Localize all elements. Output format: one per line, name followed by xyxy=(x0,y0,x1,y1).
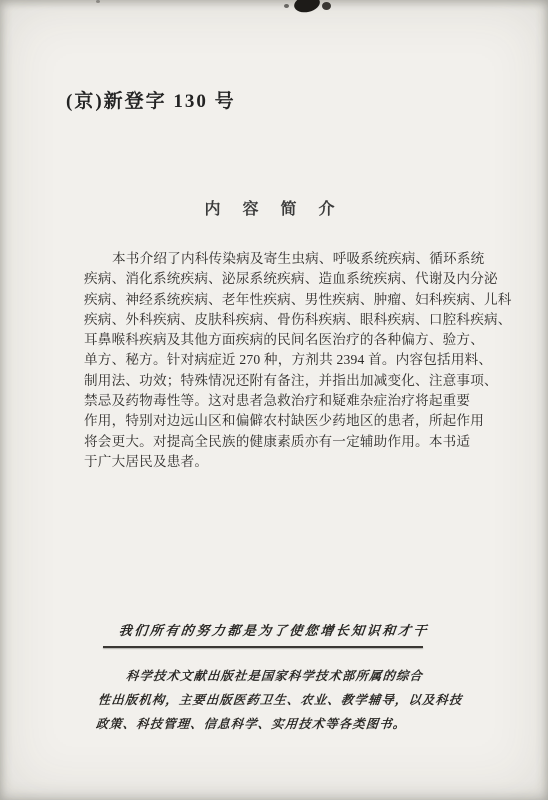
publication-register-number: (京)新登字 130 号 xyxy=(66,86,236,113)
publisher-slogan: 我们所有的努力都是为了使您增长知识和才干 xyxy=(103,620,445,639)
intro-line: 制用法、功效；特殊情况还附有备注，并指出加减变化、注意事项、 xyxy=(84,371,482,391)
scan-speck xyxy=(284,4,289,8)
scan-speck xyxy=(96,0,100,3)
scan-smudge xyxy=(322,2,331,10)
publisher-line: 政策、科技管理、信息科学、实用技术等各类图书。 xyxy=(95,712,463,736)
intro-line: 疾病、消化系统疾病、泌尿系统疾病、造血系统疾病、代谢及内分泌 xyxy=(84,269,482,289)
publisher-description: 科学技术文献出版社是国家科学技术部所属的综合 性出版机构，主要出版医药卫生、农业… xyxy=(95,664,467,736)
intro-line: 疾病、外科疾病、皮肤科疾病、骨伤科疾病、眼科疾病、口腔科疾病、 xyxy=(84,310,482,330)
publisher-line: 性出版机构，主要出版医药卫生、农业、教学辅导，以及科技 xyxy=(97,688,465,712)
intro-line: 本书介绍了内科传染病及寄生虫病、呼吸系统疾病、循环系统 xyxy=(84,249,482,269)
intro-line: 疾病、神经系统疾病、老年性疾病、男性疾病、肿瘤、妇科疾病、儿科 xyxy=(84,290,482,310)
publisher-line: 科学技术文献出版社是国家科学技术部所属的综合 xyxy=(99,664,467,688)
intro-line: 于广大居民及患者。 xyxy=(84,452,482,472)
scan-smudge xyxy=(293,0,322,15)
intro-line: 禁忌及药物毒性等。这对患者急救治疗和疑难杂症治疗将起重要 xyxy=(84,391,482,411)
divider-rule xyxy=(103,646,423,648)
intro-line: 将会更大。对提高全民族的健康素质亦有一定辅助作用。本书适 xyxy=(84,432,482,452)
content-intro-paragraph: 本书介绍了内科传染病及寄生虫病、呼吸系统疾病、循环系统 疾病、消化系统疾病、泌尿… xyxy=(84,249,482,472)
content-intro-title: 内 容 简 介 xyxy=(0,196,548,219)
intro-line: 单方、秘方。针对病症近 270 种，方剂共 2394 首。内容包括用料、 xyxy=(84,350,482,370)
scanned-book-page: (京)新登字 130 号 内 容 简 介 本书介绍了内科传染病及寄生虫病、呼吸系… xyxy=(0,0,548,800)
intro-line: 作用，特别对边远山区和偏僻农村缺医少药地区的患者，所起作用 xyxy=(84,411,482,431)
intro-line: 耳鼻喉科疾病及其他方面疾病的民间名医治疗的各种偏方、验方、 xyxy=(84,330,482,350)
